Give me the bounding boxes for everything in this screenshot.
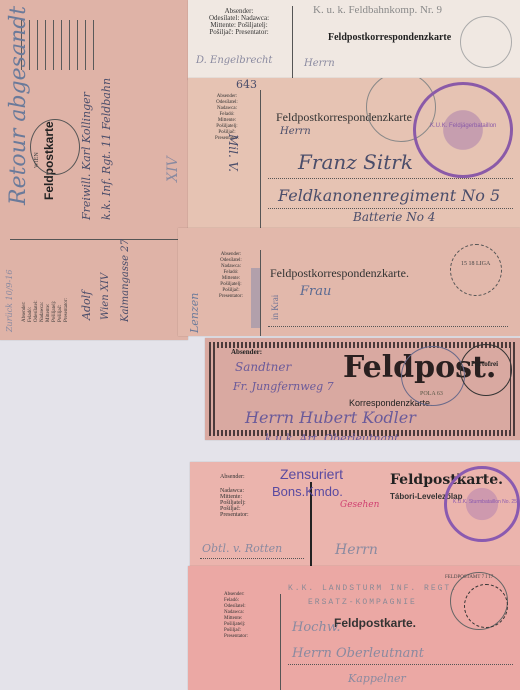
sender-label: Absender: xyxy=(231,348,262,356)
handwriting-sender: Obtl. v. Rotten xyxy=(202,542,282,555)
divider-line xyxy=(280,594,281,690)
side-stamp-bar xyxy=(251,268,260,328)
address-line xyxy=(268,178,513,179)
handwriting-regiment: Feldkanonenregiment No 5 xyxy=(278,186,500,205)
postcard-feldpostkarte-rotated: Absender: Feladó: Odesílatel: Nadawca: M… xyxy=(0,0,188,340)
second-postmark: FELDPOSTAMT 7 I 17 xyxy=(464,584,508,628)
handwriting-salutation: Herrn xyxy=(280,126,311,137)
red-censor-mark: Gesehen xyxy=(340,500,379,510)
sender-labels: Absender: Nadawca: Mittente: Pošiljatelj… xyxy=(220,474,270,518)
handwriting-unit: k.k. Inf. Rgt. 11 Feldbahn xyxy=(100,78,113,220)
unit-stamp: K. u. k. Feldbahnkomp. Nr. 9 xyxy=(313,4,442,16)
postcard-feldbahnkomp: Absender: Odesílatel: Nadawca: Mittente:… xyxy=(188,0,520,80)
handwriting-recipient-name: Franz Sitrk xyxy=(298,150,413,174)
handwriting-battery: Batterie No 4 xyxy=(353,210,435,224)
postmark-stamp: POLA 63 xyxy=(401,346,465,406)
handwriting-sender: Sandtner xyxy=(235,360,291,374)
sender-line xyxy=(200,558,304,559)
unit-stamp-line-1: K.K. LANDSTURM INF. REGT. xyxy=(288,584,458,593)
postcard-feldpostkarte-tabori: Absender: Nadawca: Mittente: Pošiljatelj… xyxy=(190,462,520,567)
postcard-feldpostkarte-landsturm: Absender: Feladó: Odesílatel: Nadawca: M… xyxy=(188,566,520,690)
handwriting-salutation: Herrn xyxy=(304,58,335,69)
unit-seal-stamp: K.U.K. Sturmbataillon No. 25 xyxy=(444,466,520,542)
sender-labels: Absender: Odesílatel: Nadawca: Feladó: M… xyxy=(212,252,250,300)
card-title: Feldpostkarte. xyxy=(334,616,416,630)
divider-line xyxy=(260,90,261,230)
card-title: Feldpostkorrespondenzkarte. xyxy=(270,266,409,281)
handwriting-note: Zurück 10/9-16 xyxy=(5,270,14,332)
handwriting-sender: D. Engelbrecht xyxy=(196,55,272,66)
unit-seal-stamp: K.U.K. Feldjägerbataillon xyxy=(413,82,513,178)
divider-line xyxy=(292,6,293,80)
handwriting-side: Mil. V. xyxy=(226,134,240,172)
address-line xyxy=(268,208,513,209)
handwriting-street: Kalmangasse 27 xyxy=(120,239,131,322)
postmark-stamp: 15 18 LIGA xyxy=(450,244,502,296)
handwriting-retour: Retour abgesandt xyxy=(6,6,31,205)
postmark-stamp xyxy=(460,16,512,68)
side-stamp-text: in Krai xyxy=(270,295,280,320)
handwriting-name: Kappelner xyxy=(348,672,406,685)
postmark-stamp: WIEN xyxy=(30,119,80,175)
handwriting-salutation: Hochw. xyxy=(292,620,341,635)
postcard-feldpostkorrespondenzkarte-sitrk: 643 Absender: Odesílatel: Nadawca: Felad… xyxy=(188,78,520,230)
postcard-feldpostkorrespondenzkarte-frau: Absender: Odesílatel: Nadawca: Feladó: M… xyxy=(178,228,520,336)
card-title: Feldpostkorrespondenzkarte xyxy=(328,32,451,43)
handwriting-recipient: Freiwill. Karl Kollinger xyxy=(80,92,93,220)
card-number: 643 xyxy=(236,78,257,91)
handwriting-side: Lenzen xyxy=(188,293,201,333)
address-line xyxy=(268,326,508,327)
handwriting-street: Fr. Jungfernweg 7 xyxy=(233,380,334,393)
handwriting-recipient: Herrn Hubert Kodler xyxy=(245,408,416,427)
sender-labels: Absender: Odesílatel: Nadawca: Mittente:… xyxy=(194,8,284,36)
command-stamp: Bons.Kmdo. xyxy=(272,484,343,499)
postcard-feldpost-ornate: Absender: Feldpost. Korrespondenzkarte. … xyxy=(205,338,520,440)
divider-line xyxy=(260,250,261,336)
handwriting-rank: k.u.k. Art. Oberleutnant xyxy=(265,432,399,440)
censor-stamp: Zensuriert xyxy=(280,466,343,482)
second-postmark xyxy=(460,344,512,396)
handwriting-mark: XIV xyxy=(165,156,181,182)
unit-stamp-line-2: ERSATZ-KOMPAGNIE xyxy=(308,598,417,607)
sender-labels: Absender: Feladó: Odesílatel: Nadawca: M… xyxy=(22,252,70,322)
handwriting-city: Wien XIV xyxy=(100,273,111,320)
handwriting-sender-name: Adolf xyxy=(80,291,93,320)
handwriting-salutation: Herrn xyxy=(335,542,378,558)
address-line xyxy=(288,664,513,665)
handwriting-recipient: Herrn Oberleutnant xyxy=(292,646,424,661)
postcard-rotated-content: Absender: Feladó: Odesílatel: Nadawca: M… xyxy=(0,0,188,340)
divider-line xyxy=(10,239,180,240)
handwriting-salutation: Frau xyxy=(300,284,331,299)
sender-labels: Absender: Feladó: Odesílatel: Nadawca: M… xyxy=(224,592,264,640)
